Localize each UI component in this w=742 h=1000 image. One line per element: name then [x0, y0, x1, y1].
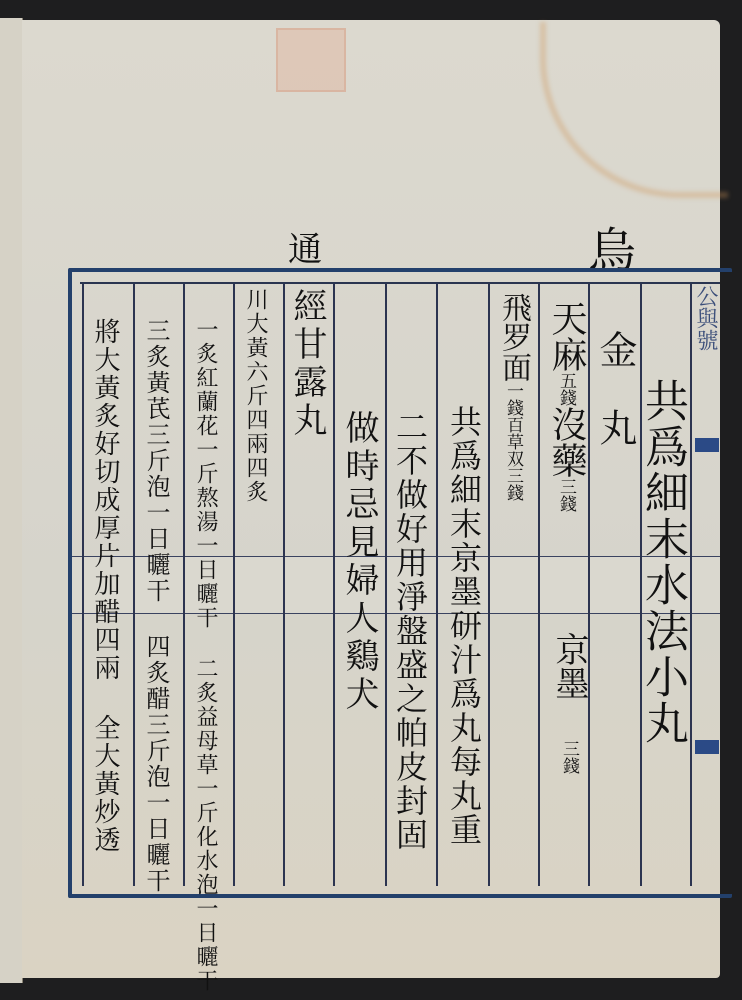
column-7: 二不做好用淨盤盛之帕皮封固 [394, 410, 426, 852]
column-rule [385, 284, 387, 886]
inner-top-rule [80, 282, 720, 284]
dosage-note: 三錢 [556, 478, 576, 512]
side-label: 公與號 [690, 285, 721, 351]
previous-page-edge [0, 18, 23, 983]
column-rule [133, 284, 135, 886]
herb-name: 百草双 [503, 416, 523, 467]
column-2-title: 金丸 [596, 330, 634, 486]
column-rule [690, 284, 692, 886]
column-rule [233, 284, 235, 886]
column-rule [588, 284, 590, 886]
column-5: 京墨三錢 [552, 632, 586, 774]
column-8: 做時忌見婦人鷄犬 [342, 410, 376, 714]
column-rule [183, 284, 185, 886]
blue-marker-bottom [695, 740, 719, 754]
upper-note-character: 通 [288, 222, 322, 271]
column-3: 天麻五錢沒藥三錢 [548, 300, 584, 512]
column-rule [436, 284, 438, 886]
column-rule [283, 284, 285, 886]
column-9: 經甘露丸 [290, 288, 324, 440]
herb-name: 京墨 [549, 632, 589, 700]
column-13: 將大黃炙好切成厚片加醋四兩 全大黃炒透 [92, 318, 118, 854]
column-6: 共爲細末京墨研汁爲丸每丸重 [448, 405, 480, 847]
dosage-note: 三錢 [559, 740, 579, 774]
dosage-note: 三錢 [503, 467, 523, 501]
column-rule [538, 284, 540, 886]
dosage-note: 一錢 [503, 382, 523, 416]
herb-name: 飛罗面 [496, 292, 531, 382]
column-10: 川大黃六斤四兩四炙 [244, 288, 266, 504]
column-4: 飛罗面一錢百草双三錢 [498, 292, 528, 501]
blue-marker-top [695, 438, 719, 452]
column-12: 三炙黃芪三斤泡一日曬干 四炙醋三斤泡一日曬干 [144, 318, 168, 894]
herb-name: 天麻 [546, 300, 587, 372]
column-rule [333, 284, 335, 886]
column-rule [488, 284, 490, 886]
column-1: 共爲細末水法小丸 [640, 378, 684, 746]
column-rule [82, 284, 84, 886]
dosage-note: 五錢 [556, 372, 576, 406]
column-11: 一炙紅蘭花一斤熬湯一日曬干 二炙益母草一斤化水泡一日曬干 [194, 318, 216, 993]
faded-seal-stamp [276, 28, 346, 92]
herb-name: 沒藥 [546, 406, 587, 478]
